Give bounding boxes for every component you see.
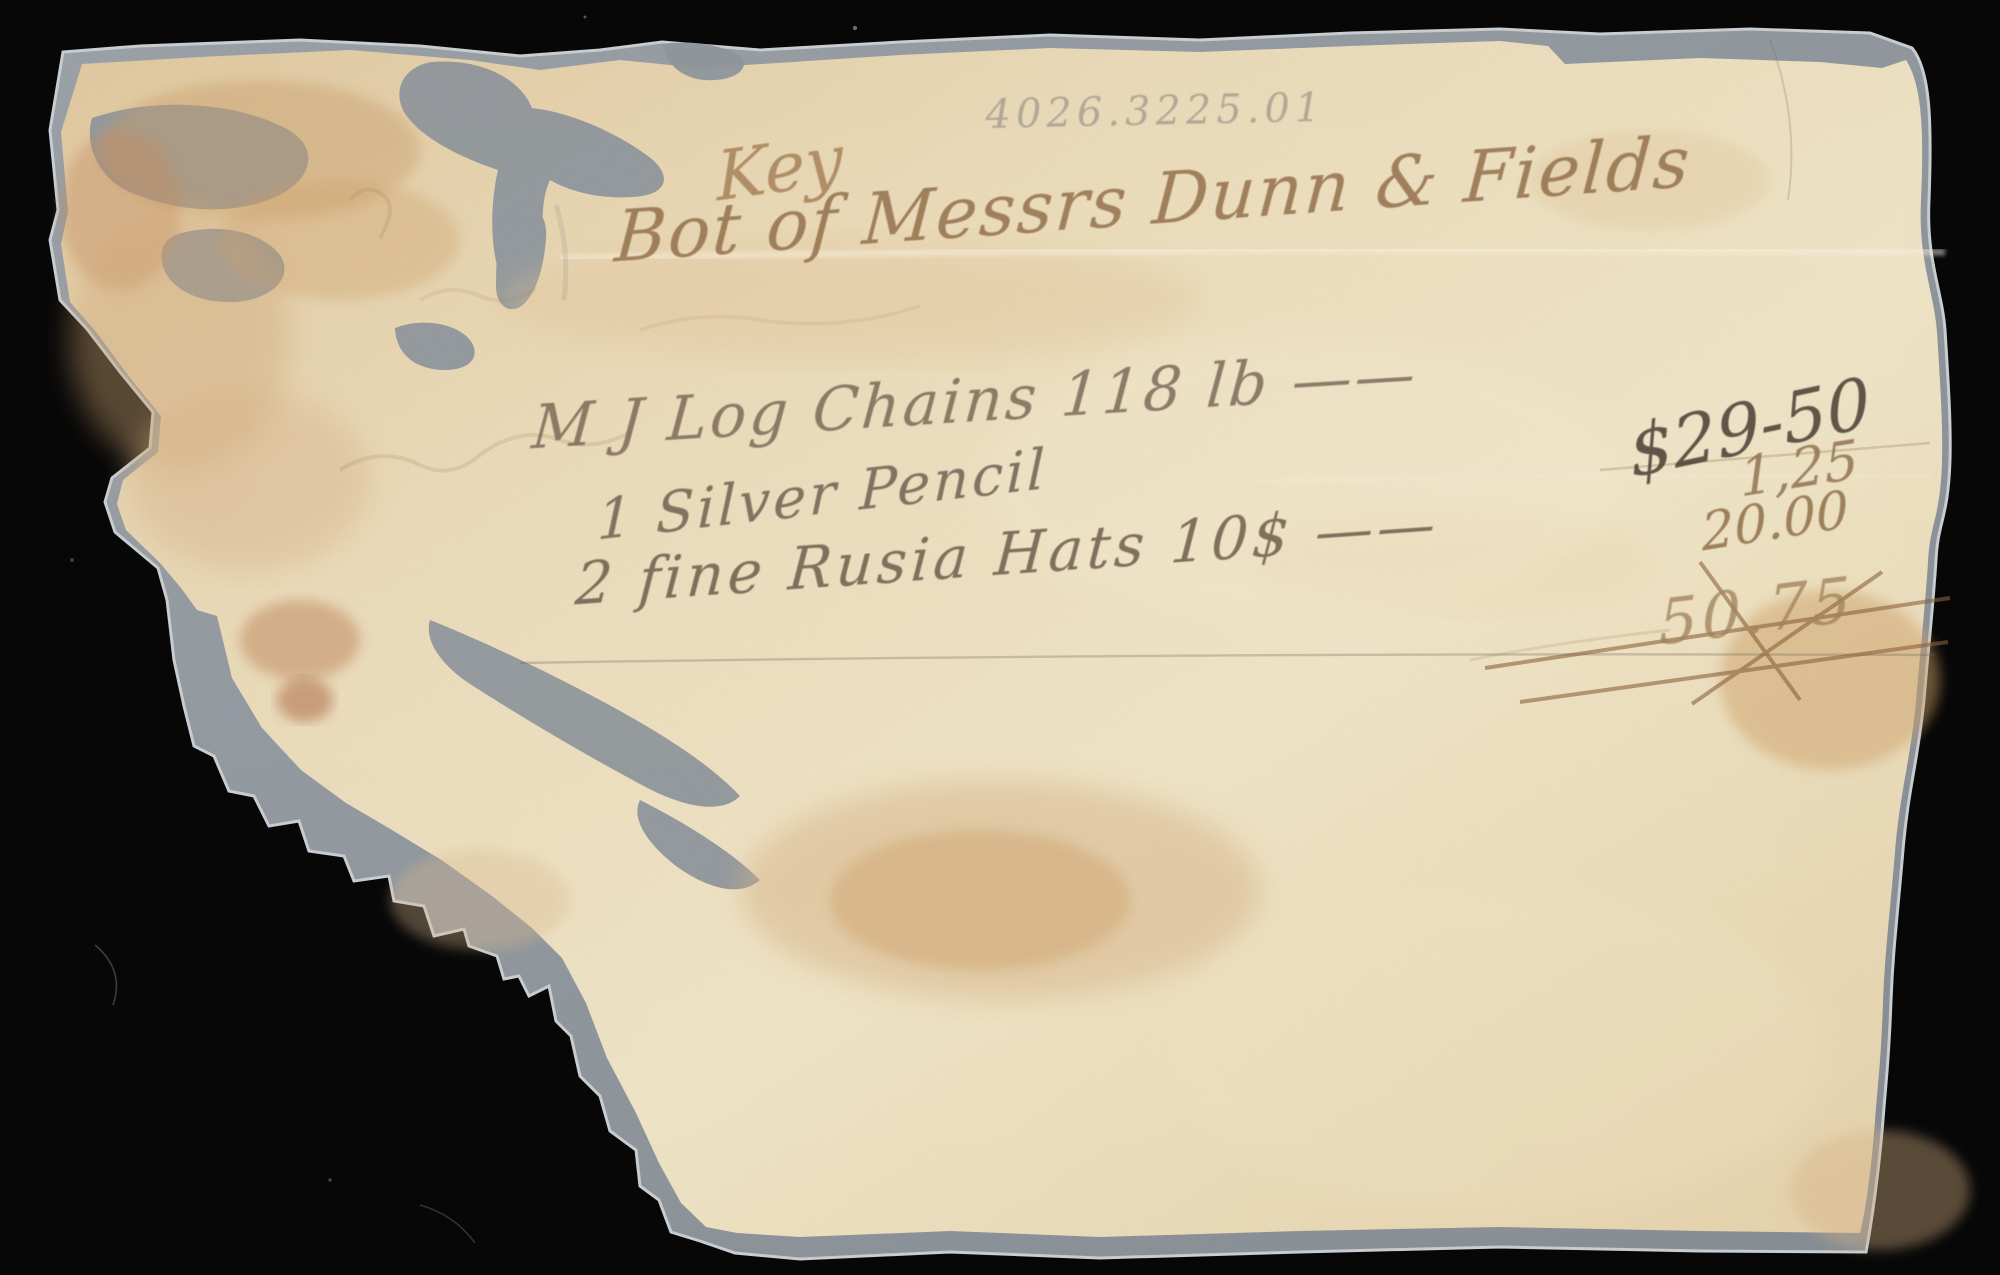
accession-number: 4026.3225.01 xyxy=(985,85,1326,138)
photo-stage: 4026.3225.01 Key Bot of Messrs Dunn & Fi… xyxy=(0,0,2000,1275)
